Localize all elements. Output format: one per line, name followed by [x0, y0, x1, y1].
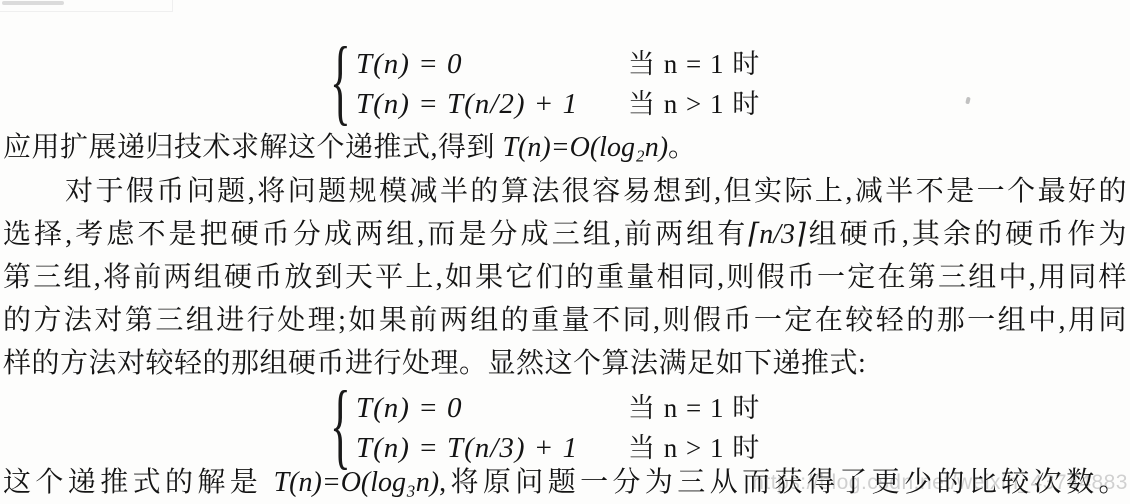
formula-row: T(n) = T(n/3) + 1 当 n > 1 时 — [356, 426, 760, 463]
math-expression-log2: T(n)=O(log₂n) — [503, 132, 669, 163]
formula-rows: T(n) = 0 当 n = 1 时 T(n) = T(n/3) + 1 当 n… — [356, 386, 760, 463]
condition-base-case: 当 n = 1 时 — [628, 42, 760, 81]
text-segment: ,将原问题一分为三从而获得了更少的比较次数。 — [439, 467, 1127, 498]
text-line-para-4: 的方法对第三组进行处理;如果前两组的重量不同,则假币一定在较轻的那一组中,用同 — [3, 299, 1127, 342]
math-expression-ceil-n3: ⌈n/3⌉ — [748, 219, 806, 250]
text-segment: 选择,考虑不是把硬币分成两组,而是分成三组,前两组有 — [3, 219, 748, 250]
scan-artifact-smudge — [2, 1, 64, 5]
math-expression-log3: T(n)=O(log₃n) — [274, 467, 440, 498]
condition-recursive-case: 当 n > 1 时 — [628, 426, 760, 465]
cases-brace: { — [330, 388, 342, 462]
equation-base-case: T(n) = 0 — [356, 48, 628, 81]
equation-recursive-case: T(n) = T(n/2) + 1 — [356, 88, 628, 121]
condition-recursive-case: 当 n > 1 时 — [628, 82, 760, 121]
text-line-solution: 这个递推式的解是 T(n)=O(log₃n),将原问题一分为三从而获得了更少的比… — [3, 461, 1127, 504]
text-segment: 。 — [668, 132, 697, 163]
recurrence-formula-halving: { T(n) = 0 当 n = 1 时 T(n) = T(n/2) + 1 当… — [330, 42, 800, 119]
text-segment: 应用扩展递归技术求解这个递推式,得到 — [3, 132, 503, 163]
formula-row: T(n) = T(n/2) + 1 当 n > 1 时 — [356, 82, 760, 119]
text-line-para-3: 第三组,将前两组硬币放到天平上,如果它们的重量相同,则假币一定在第三组中,用同样 — [3, 256, 1127, 299]
text-line-para-2: 选择,考虑不是把硬币分成两组,而是分成三组,前两组有⌈n/3⌉组硬币,其余的硬币… — [3, 213, 1127, 256]
scanned-page: { T(n) = 0 当 n = 1 时 T(n) = T(n/2) + 1 当… — [0, 0, 1130, 504]
text-line-apply-recursion: 应用扩展递归技术求解这个递推式,得到 T(n)=O(log₂n)。 — [3, 126, 1127, 169]
formula-row: T(n) = 0 当 n = 1 时 — [356, 386, 760, 423]
text-line-para-5: 样的方法对较轻的那组硬币进行处理。显然这个算法满足如下递推式: — [3, 342, 1127, 385]
condition-base-case: 当 n = 1 时 — [628, 386, 760, 425]
formula-rows: T(n) = 0 当 n = 1 时 T(n) = T(n/2) + 1 当 n… — [356, 42, 760, 119]
equation-base-case: T(n) = 0 — [356, 392, 628, 425]
text-segment: 组硬币,其余的硬币作为 — [806, 219, 1127, 250]
scan-speck — [965, 97, 971, 105]
recurrence-formula-thirds: { T(n) = 0 当 n = 1 时 T(n) = T(n/3) + 1 当… — [330, 386, 800, 463]
formula-row: T(n) = 0 当 n = 1 时 — [356, 42, 760, 79]
text-segment: 这个递推式的解是 — [3, 467, 274, 498]
cases-brace: { — [330, 44, 342, 118]
text-line-para-1: 对于假币问题,将问题规模减半的算法很容易想到,但实际上,减半不是一个最好的 — [3, 170, 1127, 213]
